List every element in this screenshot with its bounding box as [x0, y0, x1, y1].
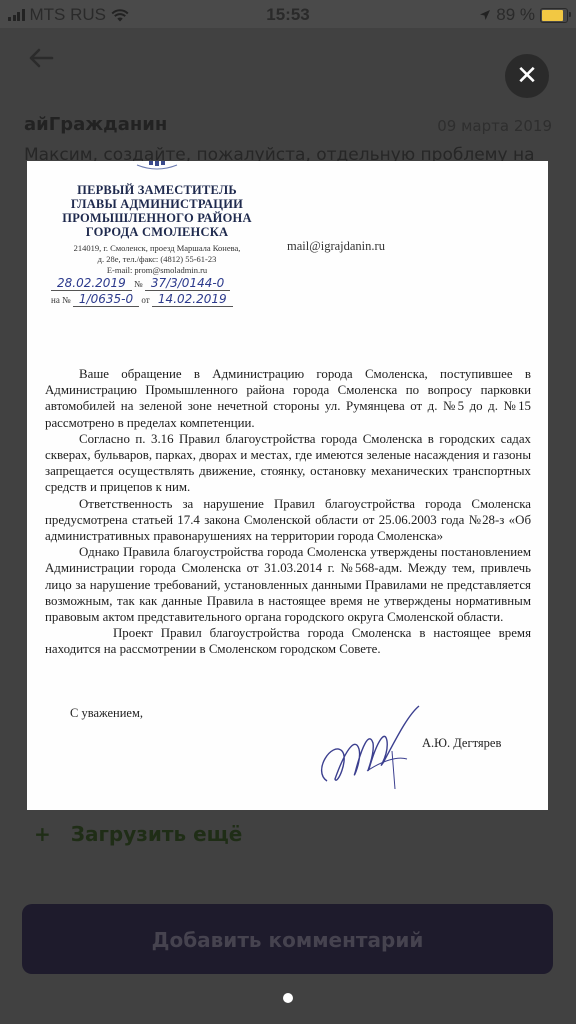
close-viewer-button[interactable]: ✕: [505, 54, 549, 98]
closing: С уважением,: [70, 706, 143, 721]
recipient-email: mail@igrajdanin.ru: [287, 239, 385, 254]
page-indicator-dot: [283, 993, 293, 1003]
battery-icon: [540, 8, 568, 23]
org-line: ГЛАВЫ АДМИНИСТРАЦИИ: [47, 197, 267, 211]
comment-author: айГражданин: [24, 114, 167, 135]
back-button[interactable]: [28, 46, 60, 74]
address-line: 214019, г. Смоленск, проезд Маршала Коне…: [47, 243, 267, 254]
signer-name: А.Ю. Дегтярев: [422, 736, 501, 751]
reg-number: 37/3/0144-0: [145, 276, 231, 291]
org-line: ПРОМЫШЛЕННОГО РАЙОНА: [47, 211, 267, 225]
paragraph: Однако Правила благоустройства города См…: [45, 544, 531, 625]
letter-body: Ваше обращение в Администрацию города См…: [45, 366, 531, 658]
load-more-label: Загрузить ещё: [71, 822, 243, 846]
arrow-left-icon: [28, 47, 54, 69]
address-line: д. 28е, тел./факс: (4812) 55-61-23: [47, 254, 267, 265]
plus-icon: +: [34, 822, 51, 846]
add-comment-button[interactable]: Добавить комментарий: [22, 904, 553, 974]
coat-of-arms-logo: [127, 161, 187, 171]
battery-percent: 89 %: [496, 5, 535, 25]
comment-date: 09 марта 2019: [437, 117, 552, 135]
org-line: ГОРОДА СМОЛЕНСКА: [47, 225, 267, 239]
org-address: 214019, г. Смоленск, проезд Маршала Коне…: [47, 243, 267, 276]
load-more-button[interactable]: + Загрузить ещё: [34, 822, 242, 846]
ref-label: на №: [51, 295, 71, 305]
org-line: ПЕРВЫЙ ЗАМЕСТИТЕЛЬ: [47, 183, 267, 197]
ref-number: 1/0635-0: [73, 292, 139, 307]
address-line: E-mail: prom@smoladmin.ru: [47, 265, 267, 276]
reg-date: 28.02.2019: [51, 276, 132, 291]
status-right: 89 %: [479, 5, 568, 25]
signature-image: [307, 701, 427, 791]
registration-line: 28.02.2019 № 37/3/0144-0: [51, 276, 230, 290]
status-bar: MTS RUS 15:53 89 %: [0, 0, 576, 28]
paragraph: Проект Правил благоустройства города Смо…: [45, 625, 531, 657]
close-icon: ✕: [516, 61, 538, 91]
ref-from-label: от: [141, 295, 149, 305]
reference-line: на № 1/0635-0 от 14.02.2019: [51, 292, 233, 306]
org-header: ПЕРВЫЙ ЗАМЕСТИТЕЛЬ ГЛАВЫ АДМИНИСТРАЦИИ П…: [47, 183, 267, 239]
ref-date: 14.02.2019: [152, 292, 233, 307]
location-arrow-icon: [479, 9, 491, 21]
document-image[interactable]: ПЕРВЫЙ ЗАМЕСТИТЕЛЬ ГЛАВЫ АДМИНИСТРАЦИИ П…: [27, 161, 548, 810]
paragraph: Согласно п. 3.16 Правил благоустройства …: [45, 431, 531, 496]
reg-no-label: №: [134, 279, 143, 289]
paragraph: Ваше обращение в Администрацию города См…: [45, 366, 531, 431]
paragraph: Ответственность за нарушение Правил благ…: [45, 496, 531, 545]
